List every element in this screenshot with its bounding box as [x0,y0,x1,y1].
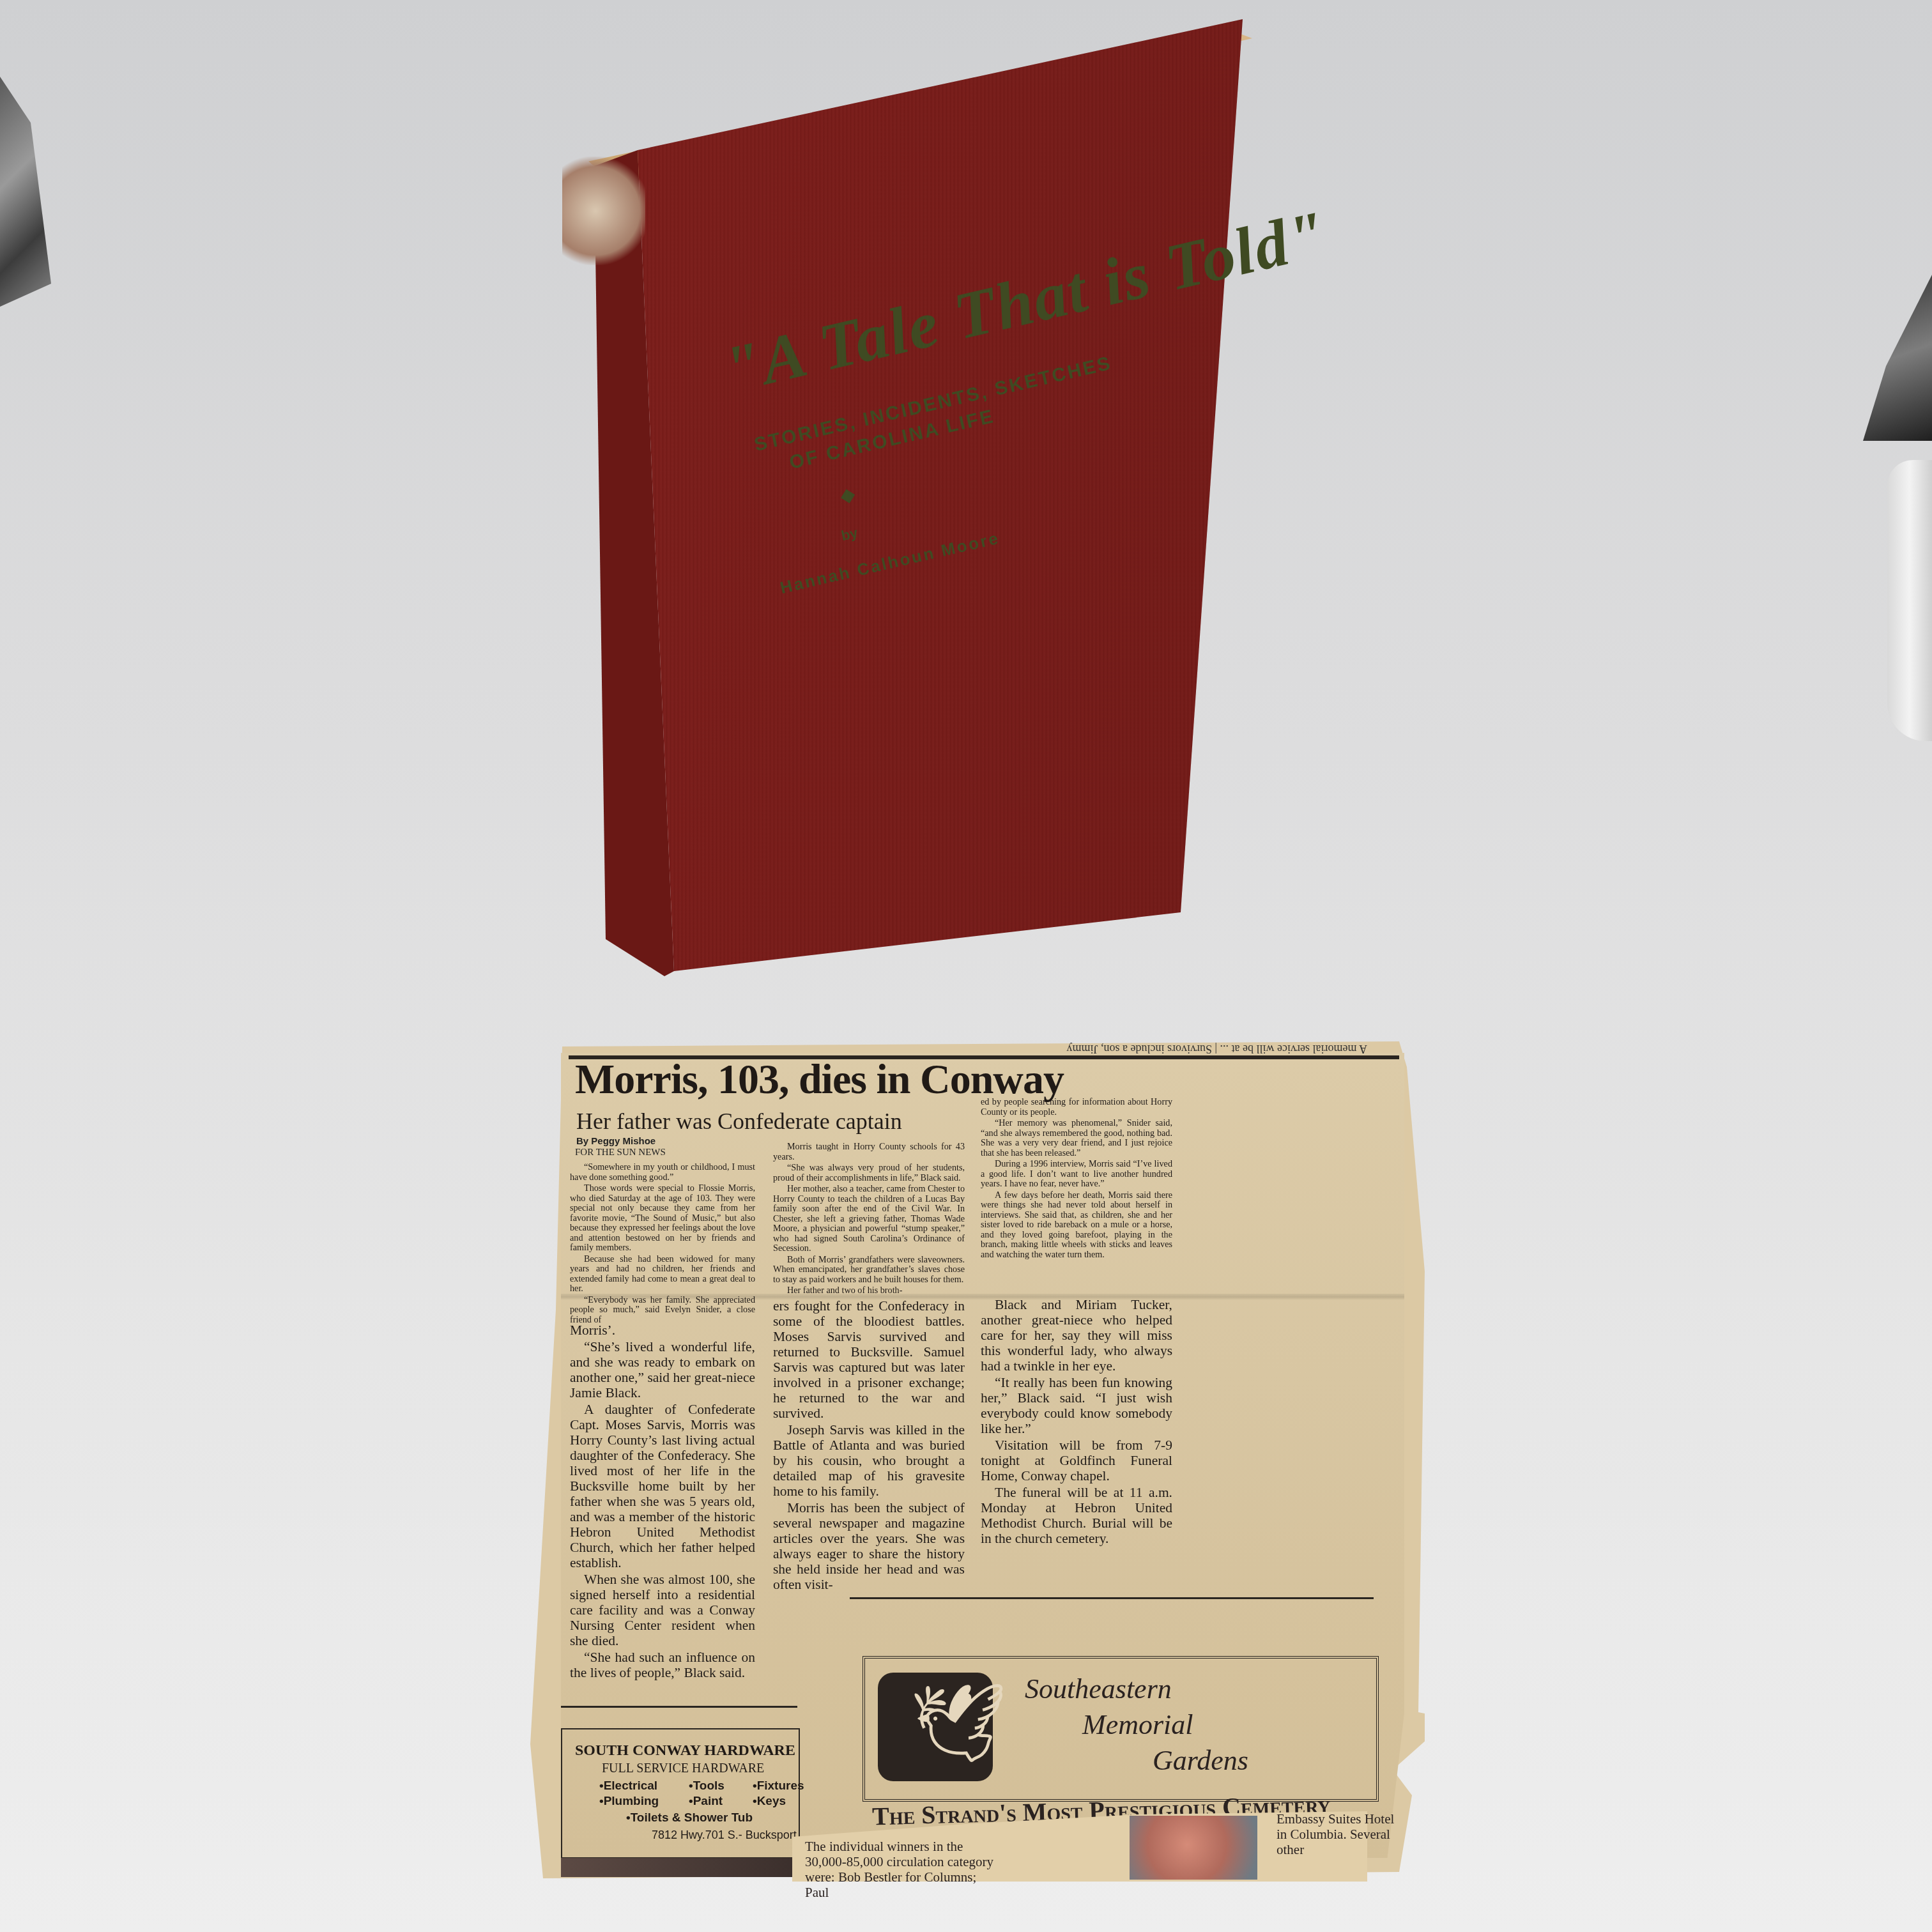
ad-item: •Electrical [599,1779,689,1793]
ad-name-line1: Southeastern [1025,1673,1172,1705]
article-subhead: Her father was Confederate captain [576,1108,902,1135]
paragraph: “She had such an influence on the lives … [570,1650,755,1680]
column-3-bottom: Black and Miriam Tucker, another great-n… [981,1297,1172,1547]
ad-name-line3: Gardens [1153,1744,1248,1777]
paragraph: Morris taught in Horry County schools fo… [773,1142,965,1162]
paragraph: Morris has been the subject of several n… [773,1500,965,1592]
newspaper-clipping: A memorial service will be at ... | Surv… [530,1041,1425,1878]
paragraph: When she was almost 100, she signed hers… [570,1572,755,1648]
paragraph: The funeral will be at 11 a.m. Monday at… [981,1485,1172,1546]
paragraph: “She was always very proud of her studen… [773,1163,965,1183]
column-2-bottom: ers fought for the Confederacy in some o… [773,1298,965,1593]
ad-tagline: FULL SERVICE HARDWARE [602,1761,764,1776]
torn-photo-strip [561,1858,797,1877]
ad-item: •Plumbing [599,1795,689,1809]
paragraph: ers fought for the Confederacy in some o… [773,1298,965,1421]
article-source: FOR THE SUN NEWS [575,1147,666,1158]
column-2-top: Morris taught in Horry County schools fo… [773,1142,965,1298]
dove-icon: 🕊 [910,1685,1007,1762]
paragraph: Joseph Sarvis was killed in the Battle o… [773,1422,965,1499]
paragraph: “It really has been fun knowing her,” Bl… [981,1375,1172,1436]
column-1-bottom: Morris’. “She’s lived a wonderful life, … [570,1322,755,1682]
paragraph: Because she had been widowed for many ye… [570,1255,755,1294]
dove-logo: 🕊 [878,1673,993,1781]
red-hardcover-book: "A Tale That is Told" STORIES, INCIDENTS… [0,0,1932,997]
torn-clipping-text-right: Embassy Suites Hotel in Columbia. Severa… [1276,1811,1404,1857]
paragraph: Black and Miriam Tucker, another great-n… [981,1297,1172,1374]
column-rule [850,1597,1374,1599]
paragraph: “Her memory was phenomenal,” Snider said… [981,1119,1172,1158]
cover-shading [0,0,1932,997]
clipping-top-strip: A memorial service will be at ... | Surv… [549,1041,1367,1055]
ad-name-line2: Memorial [1082,1708,1193,1741]
ad-item-list: •Electrical •Tools •Fixtures •Plumbing •… [599,1779,829,1809]
paragraph: Morris’. [570,1322,755,1338]
spine-wear-damage [562,157,645,265]
column-3-top: ed by people searching for information a… [981,1098,1172,1261]
article-byline: By Peggy Mishoe [576,1136,655,1147]
torn-clipping-portrait-photo [1130,1816,1257,1880]
ad-address: 7812 Hwy.701 S.- Bucksport [652,1828,797,1842]
ad-store-name: SOUTH CONWAY HARDWARE [575,1742,795,1759]
ad-item: •Tools [689,1779,753,1793]
ad-item: •Keys [753,1795,829,1809]
paragraph: Her mother, also a teacher, came from Ch… [773,1184,965,1254]
ad-item: •Fixtures [753,1779,829,1793]
ad-extra-item: •Toilets & Shower Tub [626,1811,753,1825]
paragraph: Those words were special to Flossie Morr… [570,1184,755,1253]
paragraph: ed by people searching for information a… [981,1098,1172,1117]
paragraph: A few days before her death, Morris said… [981,1191,1172,1261]
cemetery-ad: 🕊 Southeastern Memorial Gardens [862,1656,1379,1802]
column-1-top: “Somewhere in my youth or childhood, I m… [570,1163,755,1326]
paragraph: A daughter of Confederate Capt. Moses Sa… [570,1402,755,1570]
paragraph: “Somewhere in my youth or childhood, I m… [570,1163,755,1183]
column-rule [561,1706,797,1708]
paragraph: Visitation will be from 7-9 tonight at G… [981,1437,1172,1483]
paragraph: During a 1996 interview, Morris said “I’… [981,1160,1172,1190]
ad-item: •Paint [689,1795,753,1809]
paragraph: “She’s lived a wonderful life, and she w… [570,1339,755,1400]
hardware-store-ad: SOUTH CONWAY HARDWARE FULL SERVICE HARDW… [561,1728,800,1859]
paragraph: Both of Morris’ grandfathers were slaveo… [773,1255,965,1285]
torn-clipping-text-left: The individual winners in the 30,000-85,… [805,1839,997,1900]
